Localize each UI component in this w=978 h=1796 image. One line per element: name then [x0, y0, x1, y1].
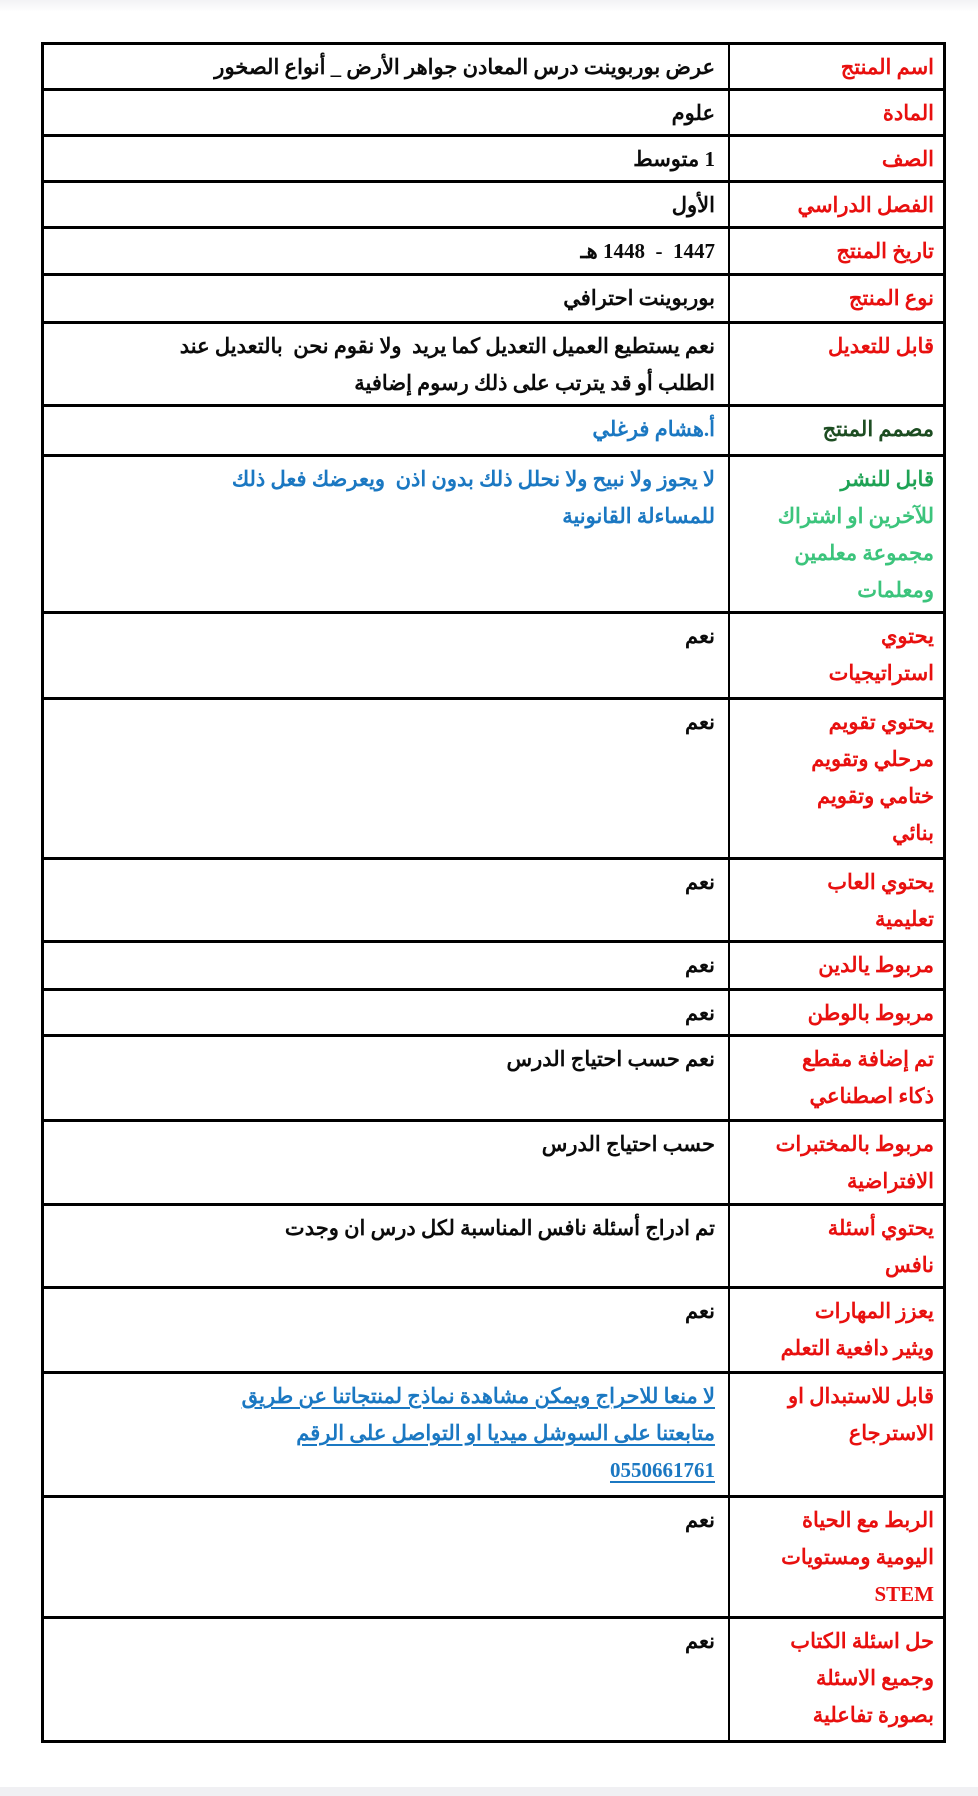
- label-product-date: تاريخ المنتج: [728, 229, 943, 273]
- contact-link[interactable]: لا منعا للاحراج ويمكن مشاهدة نماذج لمنتج…: [44, 1374, 728, 1495]
- label-assessments: يحتوي تقويم مرحلي وتقويم ختامي وتقويم بن…: [728, 700, 943, 857]
- label-editable: قابل للتعديل: [728, 324, 943, 404]
- value-daily-life-stem: نعم: [44, 1498, 728, 1616]
- page-top-shade: [0, 0, 978, 12]
- label-nafis-questions: يحتوي أسئلة نافس: [728, 1206, 943, 1286]
- label-publishable-line1: قابل للنشر: [841, 467, 934, 491]
- label-subject: المادة: [728, 91, 943, 134]
- value-editable: نعم يستطيع العميل التعديل كما يريد ولا ن…: [44, 324, 728, 404]
- value-designer: أ.هشام فرغلي: [44, 407, 728, 454]
- value-product-date: 1447 - 1448 هـ: [44, 229, 728, 273]
- table-row-product-name: اسم المنتج عرض بوربوينت درس المعادن جواه…: [44, 45, 943, 91]
- label-educational-games: يحتوي العاب تعليمية: [728, 860, 943, 940]
- table-row-strategies: يحتوي استراتيجيات نعم: [44, 614, 943, 700]
- table-row-exchange-policy: قابل للاستبدال او الاسترجاع لا منعا للاح…: [44, 1374, 943, 1498]
- value-religion-link: نعم: [44, 943, 728, 988]
- table-row-educational-games: يحتوي العاب تعليمية نعم: [44, 860, 943, 943]
- label-publishable: قابل للنشر للآخرين او اشتراك مجموعة معلم…: [728, 457, 943, 611]
- label-product-type: نوع المنتج: [728, 276, 943, 321]
- table-row-daily-life-stem: الربط مع الحياة اليومية ومستويات STEM نع…: [44, 1498, 943, 1619]
- label-designer: مصمم المنتج: [728, 407, 943, 454]
- table-row-grade: الصف 1 متوسط: [44, 137, 943, 183]
- table-row-product-date: تاريخ المنتج 1447 - 1448 هـ: [44, 229, 943, 276]
- value-skills-motivation: نعم: [44, 1289, 728, 1371]
- value-national-link: نعم: [44, 991, 728, 1034]
- table-row-publishable: قابل للنشر للآخرين او اشتراك مجموعة معلم…: [44, 457, 943, 614]
- value-educational-games: نعم: [44, 860, 728, 940]
- table-row-religion-link: مربوط يالدين نعم: [44, 943, 943, 991]
- value-nafis-questions: تم ادراج أسئلة نافس المناسبة لكل درس ان …: [44, 1206, 728, 1286]
- table-row-editable: قابل للتعديل نعم يستطيع العميل التعديل ك…: [44, 324, 943, 407]
- table-row-nafis-questions: يحتوي أسئلة نافس تم ادراج أسئلة نافس الم…: [44, 1206, 943, 1289]
- value-subject: علوم: [44, 91, 728, 134]
- label-grade: الصف: [728, 137, 943, 180]
- label-religion-link: مربوط يالدين: [728, 943, 943, 988]
- value-ai-clip: نعم حسب احتياج الدرس: [44, 1037, 728, 1119]
- table-row-national-link: مربوط بالوطن نعم: [44, 991, 943, 1037]
- table-row-semester: الفصل الدراسي الأول: [44, 183, 943, 229]
- label-virtual-labs: مربوط بالمختبرات الافتراضية: [728, 1122, 943, 1203]
- value-assessments: نعم: [44, 700, 728, 857]
- value-strategies: نعم: [44, 614, 728, 697]
- label-national-link: مربوط بالوطن: [728, 991, 943, 1034]
- label-book-answers: حل اسئلة الكتاب وجميع الاسئلة بصورة تفاع…: [728, 1619, 943, 1740]
- label-skills-motivation: يعزز المهارات ويثير دافعية التعلم: [728, 1289, 943, 1371]
- value-grade: 1 متوسط: [44, 137, 728, 180]
- label-publishable-rest: للآخرين او اشتراك مجموعة معلمين ومعلمات: [778, 504, 934, 602]
- table-row-designer: مصمم المنتج أ.هشام فرغلي: [44, 407, 943, 457]
- table-row-book-answers: حل اسئلة الكتاب وجميع الاسئلة بصورة تفاع…: [44, 1619, 943, 1740]
- label-semester: الفصل الدراسي: [728, 183, 943, 226]
- table-row-virtual-labs: مربوط بالمختبرات الافتراضية حسب احتياج ا…: [44, 1122, 943, 1206]
- value-virtual-labs: حسب احتياج الدرس: [44, 1122, 728, 1203]
- page-bottom-shade: [0, 1787, 978, 1796]
- document-page: { "document": { "language": "ar", "direc…: [0, 0, 978, 1796]
- table-row-skills-motivation: يعزز المهارات ويثير دافعية التعلم نعم: [44, 1289, 943, 1374]
- value-semester: الأول: [44, 183, 728, 226]
- table-row-product-type: نوع المنتج بوربوينت احترافي: [44, 276, 943, 324]
- value-publishable: لا يجوز ولا نبيح ولا نحلل ذلك بدون اذن و…: [44, 457, 728, 611]
- label-product-name: اسم المنتج: [728, 45, 943, 88]
- label-ai-clip: تم إضافة مقطع ذكاء اصطناعي: [728, 1037, 943, 1119]
- table-row-assessments: يحتوي تقويم مرحلي وتقويم ختامي وتقويم بن…: [44, 700, 943, 860]
- value-product-type: بوربوينت احترافي: [44, 276, 728, 321]
- product-info-table: اسم المنتج عرض بوربوينت درس المعادن جواه…: [41, 42, 946, 1743]
- label-strategies: يحتوي استراتيجيات: [728, 614, 943, 697]
- value-product-name: عرض بوربوينت درس المعادن جواهر الأرض _ أ…: [44, 45, 728, 88]
- table-row-ai-clip: تم إضافة مقطع ذكاء اصطناعي نعم حسب احتيا…: [44, 1037, 943, 1122]
- value-book-answers: نعم: [44, 1619, 728, 1740]
- label-exchange-policy: قابل للاستبدال او الاسترجاع: [728, 1374, 943, 1495]
- table-row-subject: المادة علوم: [44, 91, 943, 137]
- label-daily-life-stem: الربط مع الحياة اليومية ومستويات STEM: [728, 1498, 943, 1616]
